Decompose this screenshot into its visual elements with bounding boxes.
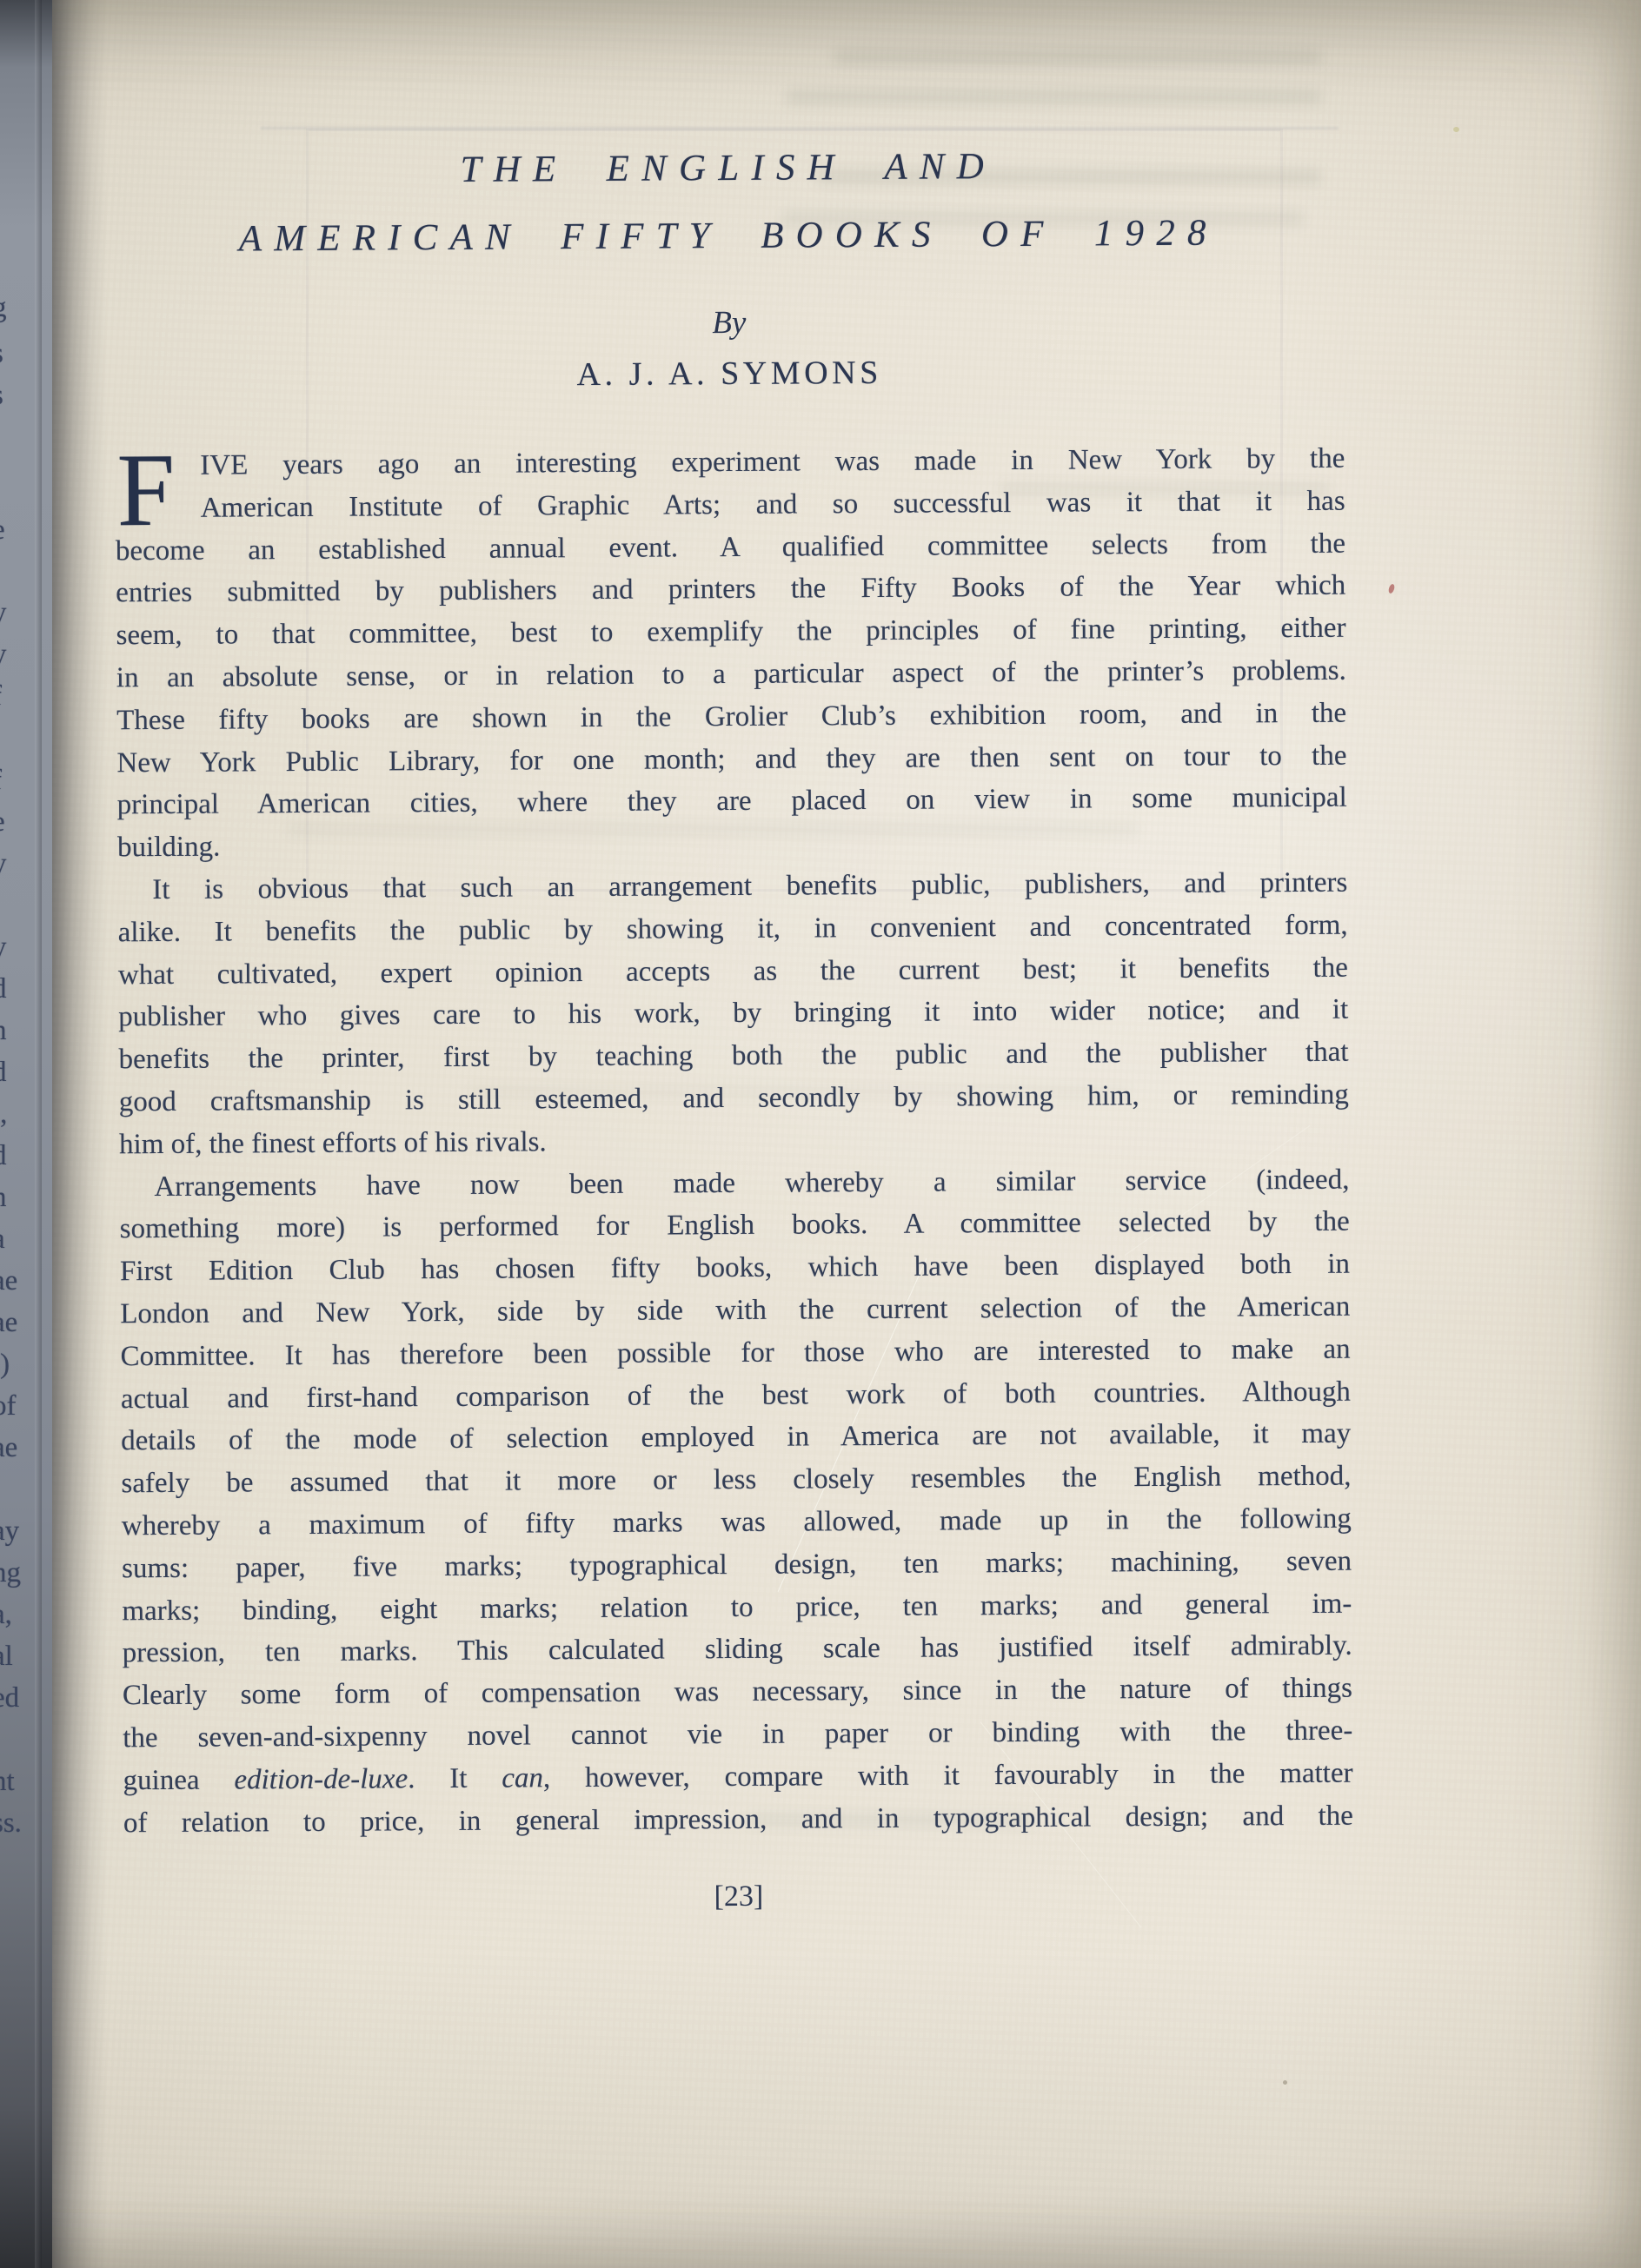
page-title-line2: AMERICAN FIFTY BOOKS OF 1928 xyxy=(114,207,1344,267)
gutter-letter-fragment: nt xyxy=(0,1762,30,1800)
text-line: details of the mode of selection employe… xyxy=(121,1413,1351,1462)
gutter-letter-fragment: y xyxy=(0,594,30,632)
gutter-letter-fragment: s xyxy=(0,335,30,373)
body-text: FIVE years ago an interesting experiment… xyxy=(115,438,1353,1845)
dropcap-letter: F xyxy=(116,451,175,529)
text-line: First Edition Club has chosen fifty book… xyxy=(120,1243,1350,1293)
gutter-letter-fragment: d xyxy=(0,970,30,1008)
gutter-letter-fragment: f xyxy=(0,677,30,715)
text-line: New York Public Library, for one month; … xyxy=(116,734,1346,784)
text-line: of relation to price, in general impress… xyxy=(123,1794,1353,1844)
text-line: building. xyxy=(117,819,1347,869)
text-line: sums: paper, five marks; typographical d… xyxy=(122,1540,1352,1589)
text-line: actual and first-hand comparison of the … xyxy=(121,1370,1351,1420)
showthrough-text-line xyxy=(787,90,1321,103)
paragraph: Arrangements have now been made whereby … xyxy=(119,1158,1353,1844)
gutter-letter-fragment: a xyxy=(0,1220,30,1258)
text-line: entries submitted by publishers and prin… xyxy=(116,565,1345,614)
text-line: Committee. It has therefore been possibl… xyxy=(120,1328,1350,1377)
text-line: alike. It benefits the public by showing… xyxy=(117,904,1347,953)
text-line: something more) is performed for English… xyxy=(120,1201,1350,1250)
byline-prefix: By xyxy=(114,299,1344,348)
page-content: THE ENGLISH AND AMERICAN FIFTY BOOKS OF … xyxy=(113,127,1354,1921)
text-line: become an established annual event. A qu… xyxy=(116,522,1345,572)
text-line: Arrangements have now been made whereby … xyxy=(119,1158,1349,1208)
text-line: guinea edition-de-luxe. It can, however,… xyxy=(123,1752,1352,1801)
gutter-letter-fragment: al xyxy=(0,1637,30,1675)
text-line: the seven-and-sixpenny novel cannot vie … xyxy=(123,1710,1352,1760)
text-line: safely be assumed that it more or less c… xyxy=(121,1456,1351,1505)
text-line: good craftsmanship is still esteemed, an… xyxy=(119,1074,1349,1124)
gutter-letter-fragment: ae xyxy=(0,1429,30,1467)
text-line: It is obvious that such an arrangement b… xyxy=(117,862,1347,912)
gutter-letter-fragment: ng xyxy=(0,1554,30,1592)
gutter-letter-fragment: ae xyxy=(0,1262,30,1300)
text-line: marks; binding, eight marks; relation to… xyxy=(122,1582,1352,1632)
book-gutter-edge: gsseyyffeyydhdl,dnaaeael)ofaeaynga,aledn… xyxy=(0,0,52,2268)
text-line: These fifty books are shown in the Groli… xyxy=(116,692,1346,741)
gutter-shadow xyxy=(52,0,108,2268)
gutter-letter-fragment: e xyxy=(0,803,30,841)
gutter-letter-fragment: a, xyxy=(0,1595,30,1634)
gutter-letter-fragment: ss. xyxy=(0,1804,30,1842)
text-line: seem, to that committee, best to exempli… xyxy=(116,607,1345,657)
text-line: benefits the printer, first by teaching … xyxy=(118,1031,1348,1081)
gutter-letter-fragment: e xyxy=(0,511,30,549)
gutter-letter-fragment: s xyxy=(0,376,30,414)
ink-speck xyxy=(1387,583,1395,594)
text-line: what cultivated, expert opinion accepts … xyxy=(118,946,1348,996)
gutter-letter-fragment: of xyxy=(0,1387,30,1425)
gutter-letter-fragment: d xyxy=(0,1053,30,1091)
page-number: [23] xyxy=(123,1873,1353,1921)
text-line: American Institute of Graphic Arts; and … xyxy=(115,480,1345,529)
paragraph: It is obvious that such an arrangement b… xyxy=(117,862,1349,1166)
showthrough-text-line xyxy=(834,50,1321,63)
paragraph: FIVE years ago an interesting experiment… xyxy=(115,438,1347,870)
gutter-letter-fragment: ed xyxy=(0,1679,30,1717)
dust-speck xyxy=(1283,2080,1287,2085)
text-line: publisher who gives care to his work, by… xyxy=(118,989,1348,1038)
text-line: in an absolute sense, or in relation to … xyxy=(116,650,1346,700)
gutter-letter-fragment: y xyxy=(0,845,30,883)
gutter-letter-fragment: h xyxy=(0,1011,30,1050)
text-line: IVE years ago an interesting experiment … xyxy=(115,438,1345,487)
text-line: him of, the finest efforts of his rivals… xyxy=(119,1116,1349,1165)
text-line: whereby a maximum of fifty marks was all… xyxy=(122,1498,1352,1548)
gutter-letter-fragment: n xyxy=(0,1178,30,1217)
page-title-line1: THE ENGLISH AND xyxy=(113,139,1343,199)
gutter-letter-fragment: d xyxy=(0,1137,30,1175)
author-name: A. J. A. SYMONS xyxy=(115,348,1345,401)
gutter-letter-fragment: l) xyxy=(0,1345,30,1383)
gutter-letter-fragment: y xyxy=(0,635,30,673)
gutter-letter-fragment: l, xyxy=(0,1095,30,1133)
text-line: principal American cities, where they ar… xyxy=(117,777,1347,826)
gutter-letter-fragment: ay xyxy=(0,1512,30,1550)
gutter-letter-fragment: f xyxy=(0,761,30,799)
text-line: London and New York, side by side with t… xyxy=(120,1286,1350,1336)
text-line: Clearly some form of compensation was ne… xyxy=(123,1668,1352,1717)
book-page-scan: gsseyyffeyydhdl,dnaaeael)ofaeaynga,aledn… xyxy=(0,0,1641,2268)
gutter-letter-fragment: ae xyxy=(0,1303,30,1342)
gutter-letter-fragment: y xyxy=(0,928,30,966)
gutter-letter-fragment: g xyxy=(0,288,30,327)
text-line: pression, ten marks. This calculated sli… xyxy=(123,1625,1352,1674)
dust-speck xyxy=(1453,127,1459,132)
